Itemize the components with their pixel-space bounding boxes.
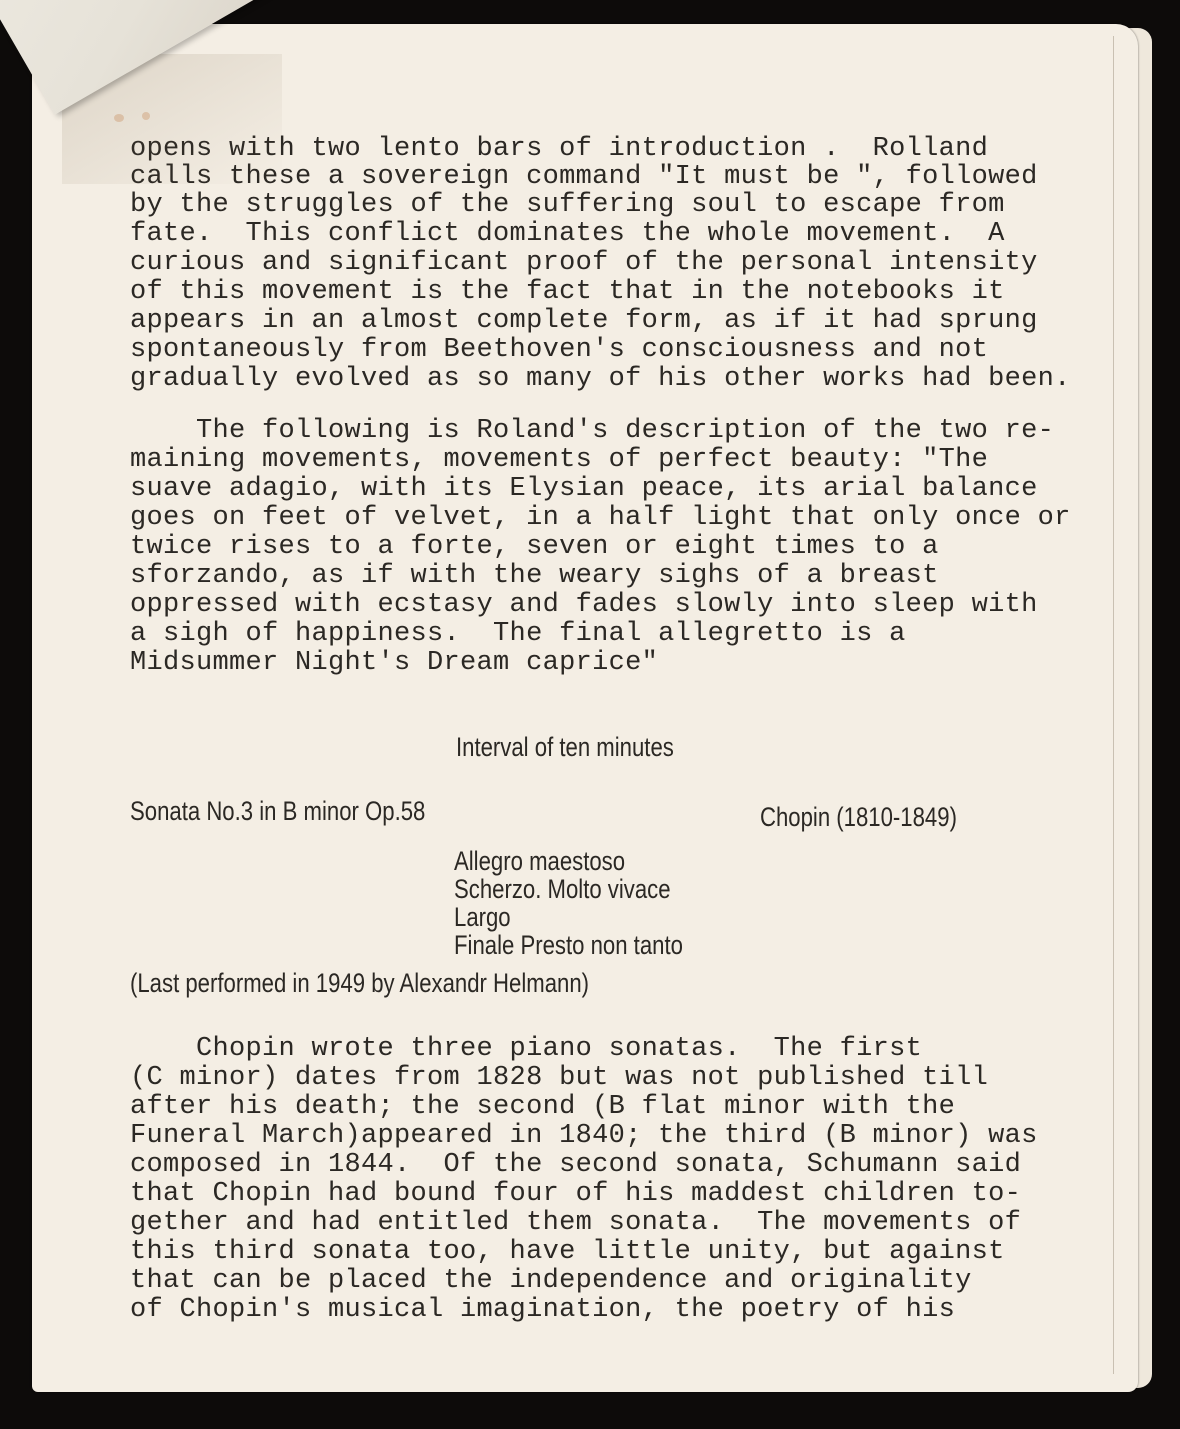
text-line: by the struggles of the suffering soul t… <box>130 192 1005 219</box>
movement-item: Scherzo. Molto vivace <box>454 874 671 905</box>
movement-item: Allegro maestoso <box>454 846 625 877</box>
text-line: after his death; the second (B flat mino… <box>130 1094 955 1121</box>
text-line: fate. This conflict dominates the whole … <box>130 221 1005 248</box>
text-line: maining movements, movements of perfect … <box>130 447 988 474</box>
text-line: (C minor) dates from 1828 but was not pu… <box>130 1065 988 1092</box>
text-line: spontaneously from Beethoven's conscious… <box>130 337 988 364</box>
text-line: that Chopin had bound four of his maddes… <box>130 1181 1021 1208</box>
movement-item: Largo <box>454 902 511 933</box>
text-line: of this movement is the fact that in the… <box>130 279 1005 306</box>
text-line: goes on feet of velvet, in a half light … <box>130 505 1071 532</box>
text-line: twice rises to a forte, seven or eight t… <box>130 534 939 561</box>
last-performed-note: (Last performed in 1949 by Alexandr Helm… <box>130 968 589 999</box>
document-page: opens with two lento bars of introductio… <box>32 24 1138 1392</box>
text-line: The following is Roland's description of… <box>130 418 1054 445</box>
text-line: oppressed with ecstasy and fades slowly … <box>130 592 1038 619</box>
text-line: suave adagio, with its Elysian peace, it… <box>130 476 1038 503</box>
text-line: gradually evolved as so many of his othe… <box>130 366 1071 393</box>
text-line: Midsummer Night's Dream caprice" <box>130 650 658 677</box>
text-line: curious and significant proof of the per… <box>130 250 1038 277</box>
movement-item: Finale Presto non tanto <box>454 930 683 961</box>
composer-name: Chopin (1810-1849) <box>760 802 957 833</box>
text-line: Funeral March)appeared in 1840; the thir… <box>130 1123 1038 1150</box>
text-line: of Chopin's musical imagination, the poe… <box>130 1297 955 1324</box>
text-line: appears in an almost complete form, as i… <box>130 308 1038 335</box>
text-line: that can be placed the independence and … <box>130 1268 972 1295</box>
interval-heading: Interval of ten minutes <box>456 732 674 763</box>
text-line: sforzando, as if with the weary sighs of… <box>130 563 939 590</box>
text-line: this third sonata too, have little unity… <box>130 1239 1005 1266</box>
text-line: Chopin wrote three piano sonatas. The fi… <box>130 1036 922 1063</box>
text-line: composed in 1844. Of the second sonata, … <box>130 1152 1021 1179</box>
text-line: gether and had entitled them sonata. The… <box>130 1210 1021 1237</box>
text-line: a sigh of happiness. The final allegrett… <box>130 621 906 648</box>
work-title: Sonata No.3 in B minor Op.58 <box>130 796 425 827</box>
